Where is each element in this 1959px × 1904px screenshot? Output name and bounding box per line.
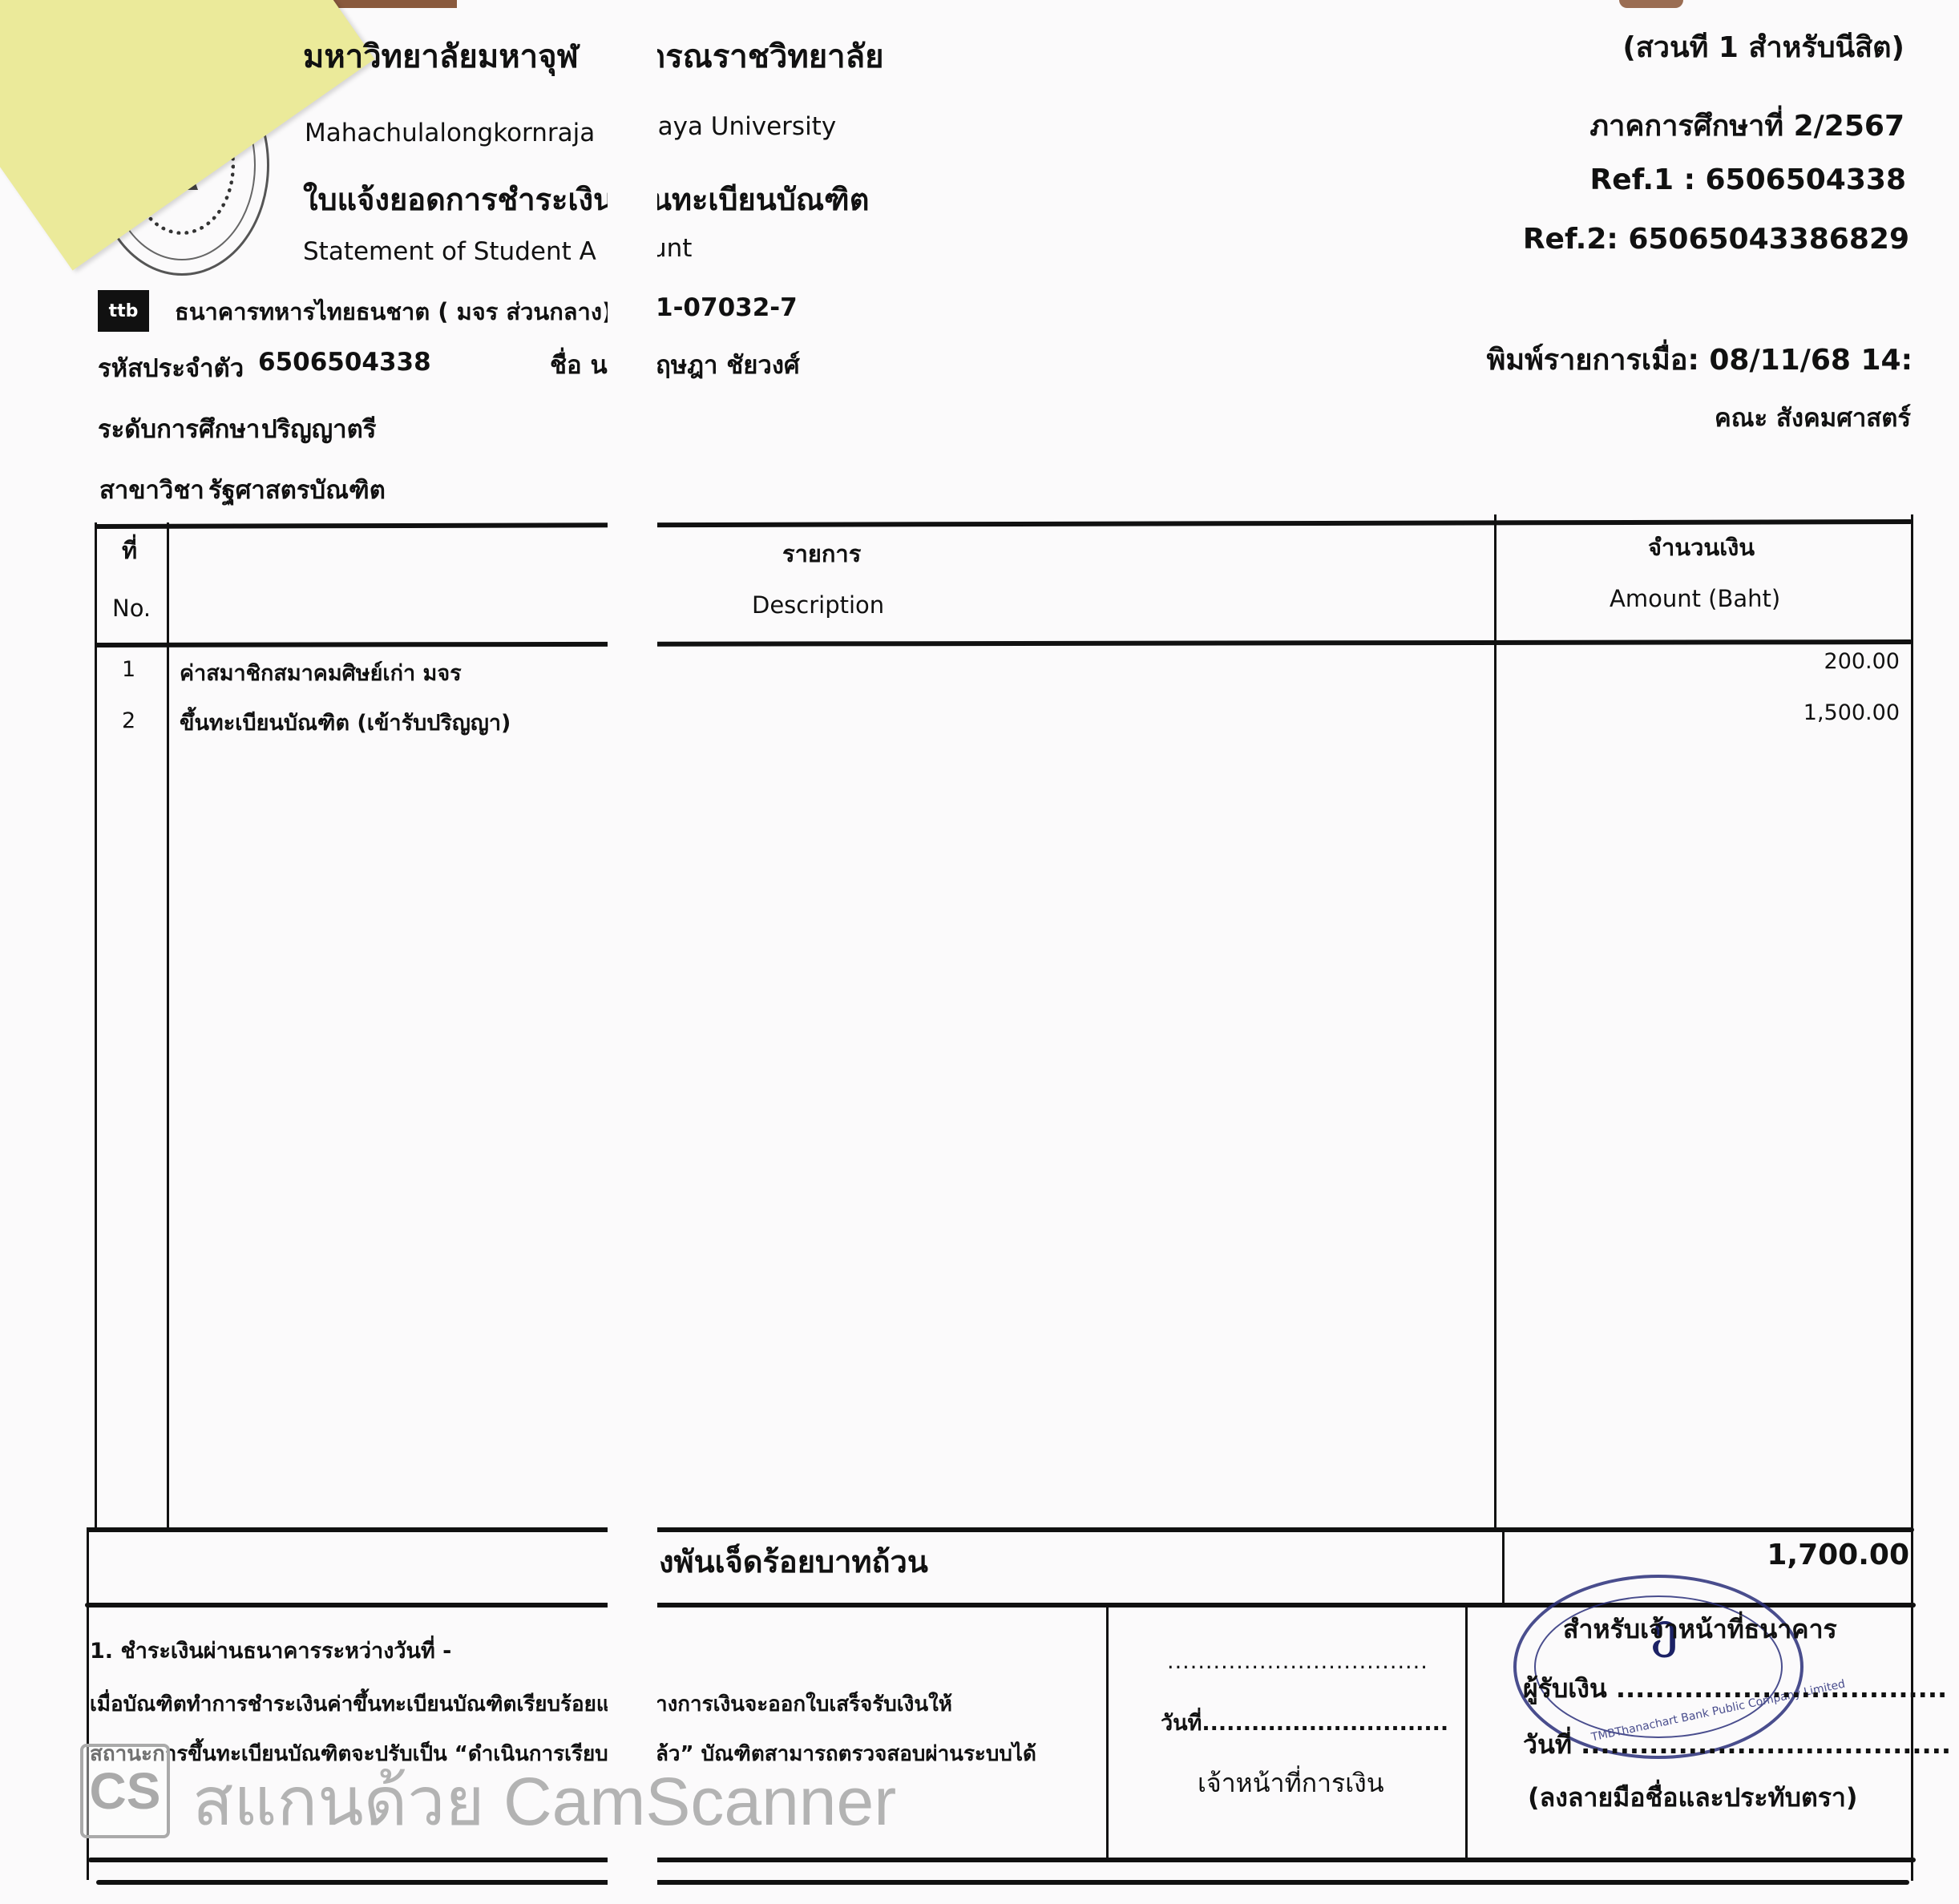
payment-note-2-cont: างการเงินจะออกใบเสร็จรับเงินให้ <box>656 1688 952 1720</box>
column-header-description-en: Description <box>752 591 884 619</box>
bank-receiver: ผู้รับเงิน .............................… <box>1523 1668 1947 1709</box>
major-label: สาขาวิชา <box>99 470 204 510</box>
printed-at: พิมพ์รายการเมื่อ: 08/11/68 14: <box>1487 337 1913 382</box>
column-header-no-en: No. <box>112 595 151 622</box>
bank-date: วันที่ .................................… <box>1523 1724 1951 1765</box>
education-level: ปริญญาตรี <box>261 409 376 449</box>
row-description: ค่าสมาชิกสมาคมศิษย์เก่า มจร <box>180 656 462 690</box>
total-amount-words: งพันเจ็ดร้อยบาทถ้วน <box>659 1537 928 1586</box>
bank-logo-icon: ttb <box>98 290 149 332</box>
camscanner-watermark: สแกนด้วย CamScanner <box>192 1747 896 1854</box>
education-level-label: ระดับการศึกษา <box>98 409 260 449</box>
column-header-description-th: รายการ <box>782 535 861 572</box>
student-id-label: รหัสประจำตัว <box>98 348 244 388</box>
student-name-label: ชื่อ น. <box>550 345 616 385</box>
fold-crease <box>608 0 657 1904</box>
column-header-amount-en: Amount (Baht) <box>1610 585 1780 612</box>
faculty: คณะ สังคมศาสตร์ <box>1715 397 1911 438</box>
semester: ภาคการศึกษาที่ 2/2567 <box>1589 103 1904 148</box>
document-title-th: ใบแจ้งยอดการชำระเงิน <box>303 175 614 224</box>
university-name-th: มหาวิทยาลัยมหาจุฬ <box>303 30 579 82</box>
ref2: Ref.2: 65065043386829 <box>1523 223 1909 256</box>
camscanner-logo-icon: CS <box>80 1744 170 1838</box>
copy-label: (สวนที 1 สำหรับนีสิต) <box>1622 24 1904 70</box>
row-amount: 200.00 <box>1824 649 1900 674</box>
student-name: ฤษฎา ชัยวงศ์ <box>656 345 800 385</box>
row-no: 2 <box>122 708 135 733</box>
payment-note-2: เมื่อบัณฑิตทำการชำระเงินค่าขึ้นทะเบียนบั… <box>90 1688 610 1720</box>
bank-account: 1-07032-7 <box>656 293 798 322</box>
row-no: 1 <box>122 657 135 682</box>
bank-officer-title: สำหรับเจ้าหน้าที่ธนาคาร <box>1563 1609 1837 1650</box>
major: รัฐศาสตรบัณฑิต <box>208 470 386 510</box>
finance-officer-title: เจ้าหน้าที่การเงิน <box>1198 1763 1384 1804</box>
payment-note-1: 1. ชำระเงินผ่านธนาคารระหว่างวันที่ - <box>90 1633 451 1668</box>
column-header-amount-th: จำนวนเงิน <box>1648 529 1755 566</box>
total-amount: 1,700.00 <box>1767 1539 1909 1571</box>
bank-name: ธนาคารทหารไทยธนชาต ( มจร ส่วนกลาง) <box>175 293 612 330</box>
ref1: Ref.1 : 6506504338 <box>1589 163 1906 196</box>
column-header-no-th: ที่ <box>122 532 137 569</box>
finance-date: วันที่.............................. <box>1161 1705 1448 1740</box>
university-name-en: Mahachulalongkornraja <box>305 119 595 147</box>
background-edge <box>1619 0 1683 8</box>
finance-signature-line: .................................. <box>1167 1649 1428 1674</box>
university-name-th-cont: กรณราชวิทยาลัย <box>646 30 884 82</box>
signature-instruction: (ลงลายมือชื่อและประทับตรา) <box>1528 1777 1858 1818</box>
row-amount: 1,500.00 <box>1803 700 1900 725</box>
row-description: ขึ้นทะเบียนบัณฑิต (เข้ารับปริญญา) <box>180 705 511 740</box>
university-name-en-cont: laya University <box>651 112 836 141</box>
document-title-th-cont: นทะเบียนบัณฑิต <box>651 175 869 224</box>
student-id: 6506504338 <box>258 348 431 377</box>
document-title-en: Statement of Student A <box>303 237 596 266</box>
